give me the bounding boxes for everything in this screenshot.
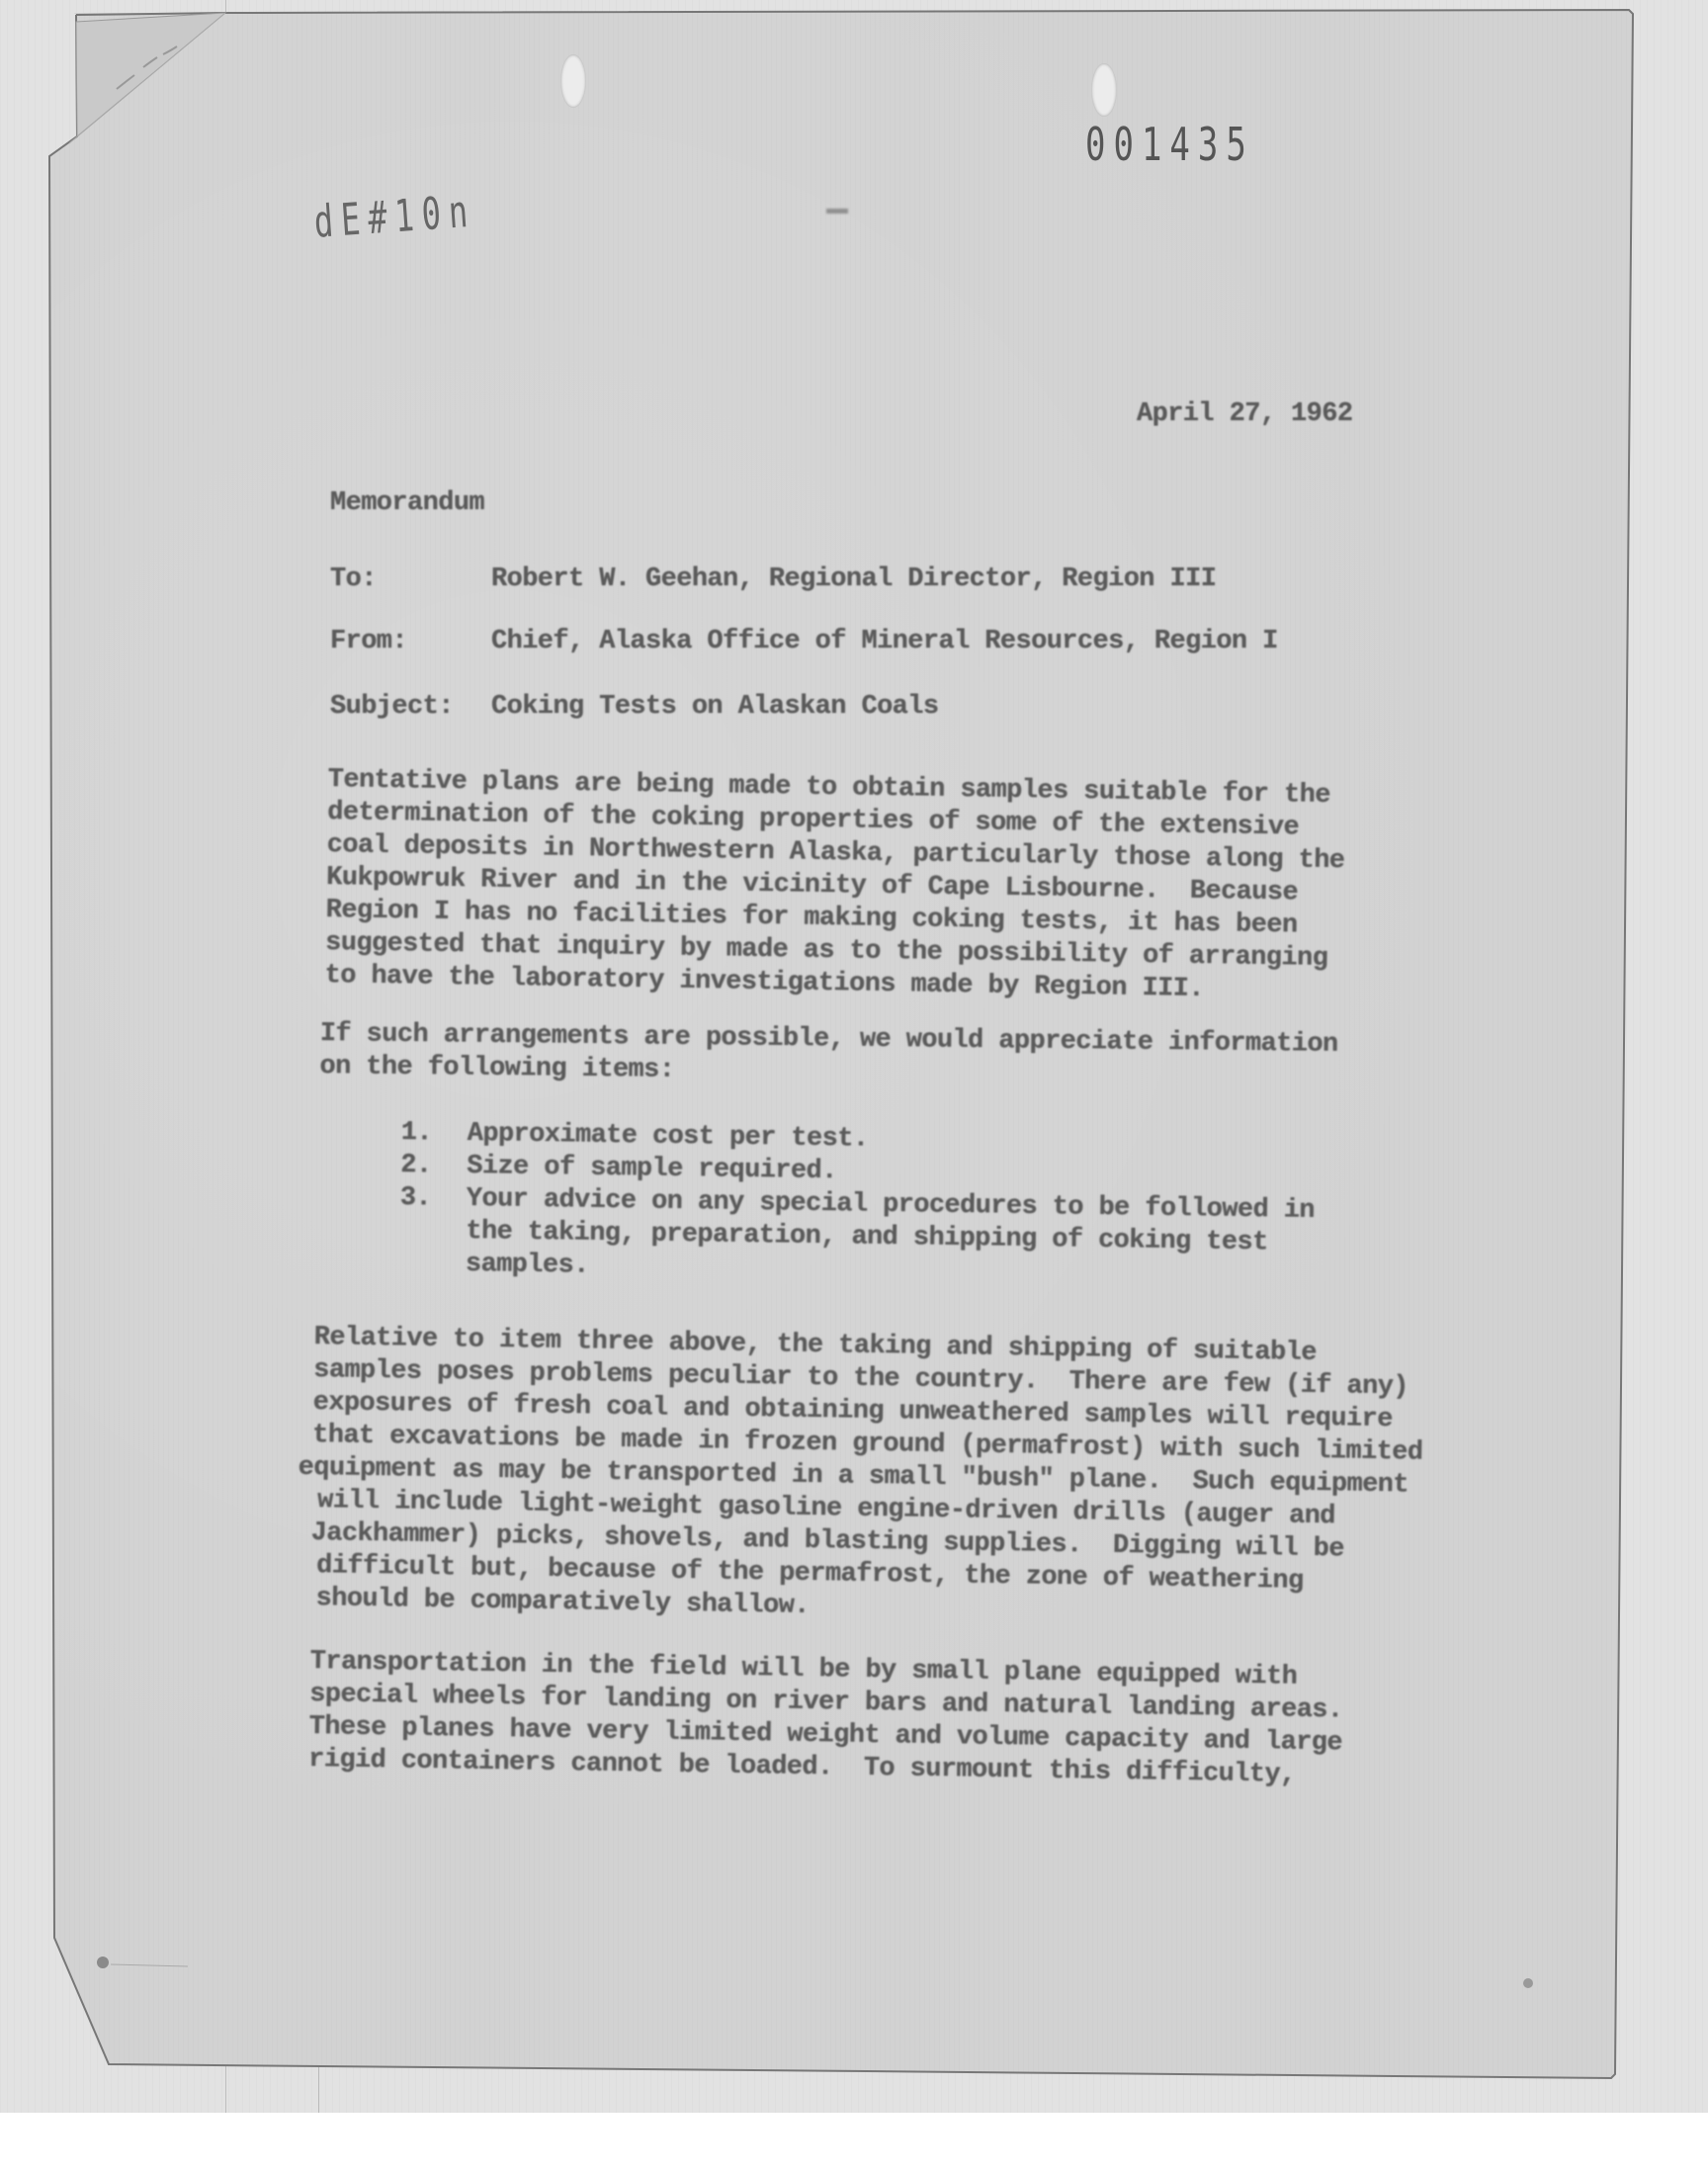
subject-value: Coking Tests on Alaskan Coals [491, 692, 938, 722]
document-stamp-number: 001435 [1085, 119, 1254, 172]
memo-title: Memorandum [330, 488, 484, 518]
paragraph-request: If such arrangements are possible, we wo… [319, 1018, 1337, 1094]
numbered-list: 1. Approximate cost per test. 2. Size of… [399, 1117, 1316, 1293]
from-label: From: [330, 627, 407, 656]
list-item: 3. Your advice on any special procedures… [399, 1182, 1315, 1293]
memo-date: April 27, 1962 [1137, 399, 1352, 429]
paragraph-field-conditions: Relative to item three above, the taking… [309, 1322, 1424, 1633]
mirrored-stamp-number: dE#10n [312, 185, 477, 248]
to-label: To: [330, 565, 377, 594]
punch-hole [560, 54, 586, 108]
to-value: Robert W. Geehan, Regional Director, Reg… [491, 565, 1216, 594]
ink-smudge [826, 209, 848, 214]
paragraph-intro: Tentative plans are being made to obtain… [324, 764, 1345, 1008]
punch-hole [1091, 63, 1117, 117]
paragraph-transportation: Transportation in the field will be by s… [308, 1646, 1343, 1792]
list-item-number: 3. [400, 1182, 432, 1215]
from-value: Chief, Alaska Office of Mineral Resource… [491, 627, 1278, 656]
scan-artifact-line [318, 2064, 319, 2113]
list-item-number: 2. [400, 1150, 432, 1182]
subject-label: Subject: [330, 692, 454, 722]
list-item-number: 1. [401, 1117, 433, 1150]
